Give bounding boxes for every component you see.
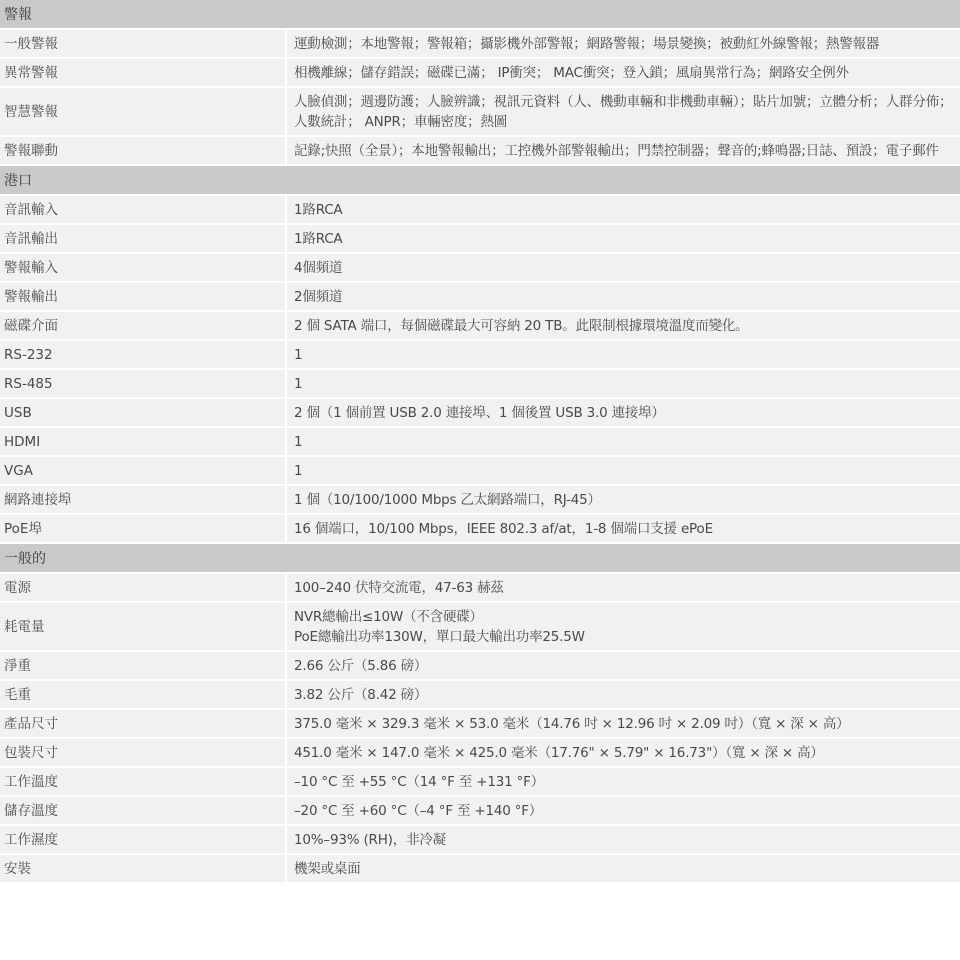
spec-value-line: 2 個（1 個前置 USB 2.0 連接埠、1 個後置 USB 3.0 連接埠） <box>294 403 956 423</box>
spec-label: 警報輸入 <box>0 254 287 283</box>
spec-value-line: 1 <box>294 432 956 452</box>
section-header: 一般的 <box>0 544 960 574</box>
spec-value: –10 °C 至 +55 °C（14 °F 至 +131 °F） <box>287 768 960 797</box>
spec-row: 網路連接埠1 個（10/100/1000 Mbps 乙太網路端口，RJ-45） <box>0 486 960 515</box>
spec-label: 網路連接埠 <box>0 486 287 515</box>
spec-row: RS-4851 <box>0 370 960 399</box>
spec-value: 人臉偵測；週邊防護；人臉辨識；視訊元資料（人、機動車輛和非機動車輛）；貼片加號；… <box>287 88 960 137</box>
spec-label: 儲存溫度 <box>0 797 287 826</box>
spec-row: 包裝尺寸451.0 毫米 × 147.0 毫米 × 425.0 毫米（17.76… <box>0 739 960 768</box>
spec-row: 異常警報相機離線；儲存錯誤；磁碟已滿； IP衝突； MAC衝突；登入鎖；風扇異常… <box>0 59 960 88</box>
spec-value-line: 451.0 毫米 × 147.0 毫米 × 425.0 毫米（17.76" × … <box>294 743 956 763</box>
spec-row: 儲存溫度–20 °C 至 +60 °C（–4 °F 至 +140 °F） <box>0 797 960 826</box>
spec-value-line: 相機離線；儲存錯誤；磁碟已滿； IP衝突； MAC衝突；登入鎖；風扇異常行為；網… <box>294 63 956 83</box>
spec-value-line: 2個頻道 <box>294 287 956 307</box>
spec-value-line: PoE總輸出功率130W，單口最大輸出功率25.5W <box>294 627 956 647</box>
spec-row: 淨重2.66 公斤（5.86 磅） <box>0 652 960 681</box>
spec-value: 2.66 公斤（5.86 磅） <box>287 652 960 681</box>
spec-label: 產品尺寸 <box>0 710 287 739</box>
spec-value-line: 1 <box>294 374 956 394</box>
spec-value-line: 4個頻道 <box>294 258 956 278</box>
spec-value: 1路RCA <box>287 225 960 254</box>
spec-row: 安裝機架或桌面 <box>0 855 960 884</box>
spec-value: 1路RCA <box>287 196 960 225</box>
spec-label: 智慧警報 <box>0 88 287 137</box>
spec-value-line: 1 個（10/100/1000 Mbps 乙太網路端口，RJ-45） <box>294 490 956 510</box>
spec-row: 智慧警報人臉偵測；週邊防護；人臉辨識；視訊元資料（人、機動車輛和非機動車輛）；貼… <box>0 88 960 137</box>
spec-value: 3.82 公斤（8.42 磅） <box>287 681 960 710</box>
spec-label: 音訊輸出 <box>0 225 287 254</box>
spec-value-line: 10%–93% (RH)，非冷凝 <box>294 830 956 850</box>
spec-value: 1 <box>287 428 960 457</box>
spec-row: 工作濕度10%–93% (RH)，非冷凝 <box>0 826 960 855</box>
spec-row: 耗電量NVR總輸出≤10W（不含硬碟）PoE總輸出功率130W，單口最大輸出功率… <box>0 603 960 652</box>
spec-value: 記錄;快照（全景）；本地警報輸出；工控機外部警報輸出；門禁控制器；聲音的;蜂鳴器… <box>287 137 960 166</box>
spec-value-line: 1 <box>294 345 956 365</box>
spec-value: 2個頻道 <box>287 283 960 312</box>
spec-value-line: 2 個 SATA 端口，每個磁碟最大可容納 20 TB。此限制根據環境溫度而變化… <box>294 316 956 336</box>
spec-label: 淨重 <box>0 652 287 681</box>
spec-table-body: 警報一般警報運動檢測；本地警報；警報箱；攝影機外部警報；網路警報；場景變換；被動… <box>0 0 960 884</box>
spec-value-line: 100–240 伏特交流電，47-63 赫茲 <box>294 578 956 598</box>
spec-label: 毛重 <box>0 681 287 710</box>
spec-row: 磁碟介面2 個 SATA 端口，每個磁碟最大可容納 20 TB。此限制根據環境溫… <box>0 312 960 341</box>
spec-value: 1 <box>287 370 960 399</box>
spec-label: 異常警報 <box>0 59 287 88</box>
spec-value: 375.0 毫米 × 329.3 毫米 × 53.0 毫米（14.76 吋 × … <box>287 710 960 739</box>
spec-label: 磁碟介面 <box>0 312 287 341</box>
spec-row: 產品尺寸375.0 毫米 × 329.3 毫米 × 53.0 毫米（14.76 … <box>0 710 960 739</box>
spec-row: 毛重3.82 公斤（8.42 磅） <box>0 681 960 710</box>
spec-value: 機架或桌面 <box>287 855 960 884</box>
spec-label: 工作溫度 <box>0 768 287 797</box>
section-title: 港口 <box>0 166 960 196</box>
spec-value-line: NVR總輸出≤10W（不含硬碟） <box>294 607 956 627</box>
section-header: 港口 <box>0 166 960 196</box>
spec-row: 工作溫度–10 °C 至 +55 °C（14 °F 至 +131 °F） <box>0 768 960 797</box>
spec-label: 安裝 <box>0 855 287 884</box>
spec-label: USB <box>0 399 287 428</box>
spec-row: 音訊輸入1路RCA <box>0 196 960 225</box>
spec-label: RS-232 <box>0 341 287 370</box>
spec-value: 運動檢測；本地警報；警報箱；攝影機外部警報；網路警報；場景變換；被動紅外線警報；… <box>287 30 960 59</box>
spec-value: 451.0 毫米 × 147.0 毫米 × 425.0 毫米（17.76" × … <box>287 739 960 768</box>
spec-label: 電源 <box>0 574 287 603</box>
spec-value-line: 記錄;快照（全景）；本地警報輸出；工控機外部警報輸出；門禁控制器；聲音的;蜂鳴器… <box>294 141 956 161</box>
spec-table: 警報一般警報運動檢測；本地警報；警報箱；攝影機外部警報；網路警報；場景變換；被動… <box>0 0 960 884</box>
spec-value-line: 1路RCA <box>294 229 956 249</box>
spec-value-line: 3.82 公斤（8.42 磅） <box>294 685 956 705</box>
spec-row: 音訊輸出1路RCA <box>0 225 960 254</box>
spec-value: 2 個（1 個前置 USB 2.0 連接埠、1 個後置 USB 3.0 連接埠） <box>287 399 960 428</box>
spec-value-line: 375.0 毫米 × 329.3 毫米 × 53.0 毫米（14.76 吋 × … <box>294 714 956 734</box>
spec-value: 100–240 伏特交流電，47-63 赫茲 <box>287 574 960 603</box>
spec-label: HDMI <box>0 428 287 457</box>
spec-value-line: –20 °C 至 +60 °C（–4 °F 至 +140 °F） <box>294 801 956 821</box>
spec-label: 警報輸出 <box>0 283 287 312</box>
spec-row: 電源100–240 伏特交流電，47-63 赫茲 <box>0 574 960 603</box>
spec-label: 音訊輸入 <box>0 196 287 225</box>
spec-value: 1 <box>287 341 960 370</box>
spec-label: PoE埠 <box>0 515 287 544</box>
spec-value-line: 16 個端口，10/100 Mbps，IEEE 802.3 af/at，1-8 … <box>294 519 956 539</box>
section-header: 警報 <box>0 0 960 30</box>
spec-row: RS-2321 <box>0 341 960 370</box>
spec-label: RS-485 <box>0 370 287 399</box>
spec-row: PoE埠16 個端口，10/100 Mbps，IEEE 802.3 af/at，… <box>0 515 960 544</box>
spec-value: 2 個 SATA 端口，每個磁碟最大可容納 20 TB。此限制根據環境溫度而變化… <box>287 312 960 341</box>
spec-value: –20 °C 至 +60 °C（–4 °F 至 +140 °F） <box>287 797 960 826</box>
section-title: 警報 <box>0 0 960 30</box>
spec-value-line: –10 °C 至 +55 °C（14 °F 至 +131 °F） <box>294 772 956 792</box>
spec-value-line: 1路RCA <box>294 200 956 220</box>
spec-value: 相機離線；儲存錯誤；磁碟已滿； IP衝突； MAC衝突；登入鎖；風扇異常行為；網… <box>287 59 960 88</box>
spec-label: 一般警報 <box>0 30 287 59</box>
spec-value: 1 <box>287 457 960 486</box>
spec-value-line: 2.66 公斤（5.86 磅） <box>294 656 956 676</box>
spec-value: 4個頻道 <box>287 254 960 283</box>
spec-row: 警報聯動記錄;快照（全景）；本地警報輸出；工控機外部警報輸出；門禁控制器；聲音的… <box>0 137 960 166</box>
spec-value-line: 1 <box>294 461 956 481</box>
spec-value: 1 個（10/100/1000 Mbps 乙太網路端口，RJ-45） <box>287 486 960 515</box>
spec-row: VGA1 <box>0 457 960 486</box>
spec-label: 警報聯動 <box>0 137 287 166</box>
spec-row: USB2 個（1 個前置 USB 2.0 連接埠、1 個後置 USB 3.0 連… <box>0 399 960 428</box>
spec-row: 警報輸入4個頻道 <box>0 254 960 283</box>
spec-value-line: 機架或桌面 <box>294 859 956 879</box>
spec-value-line: 人臉偵測；週邊防護；人臉辨識；視訊元資料（人、機動車輛和非機動車輛）；貼片加號；… <box>294 92 956 132</box>
spec-row: HDMI1 <box>0 428 960 457</box>
spec-value: NVR總輸出≤10W（不含硬碟）PoE總輸出功率130W，單口最大輸出功率25.… <box>287 603 960 652</box>
spec-label: 耗電量 <box>0 603 287 652</box>
spec-label: 包裝尺寸 <box>0 739 287 768</box>
spec-value: 10%–93% (RH)，非冷凝 <box>287 826 960 855</box>
spec-row: 警報輸出2個頻道 <box>0 283 960 312</box>
section-title: 一般的 <box>0 544 960 574</box>
spec-value: 16 個端口，10/100 Mbps，IEEE 802.3 af/at，1-8 … <box>287 515 960 544</box>
spec-row: 一般警報運動檢測；本地警報；警報箱；攝影機外部警報；網路警報；場景變換；被動紅外… <box>0 30 960 59</box>
spec-label: 工作濕度 <box>0 826 287 855</box>
spec-value-line: 運動檢測；本地警報；警報箱；攝影機外部警報；網路警報；場景變換；被動紅外線警報；… <box>294 34 956 54</box>
spec-label: VGA <box>0 457 287 486</box>
